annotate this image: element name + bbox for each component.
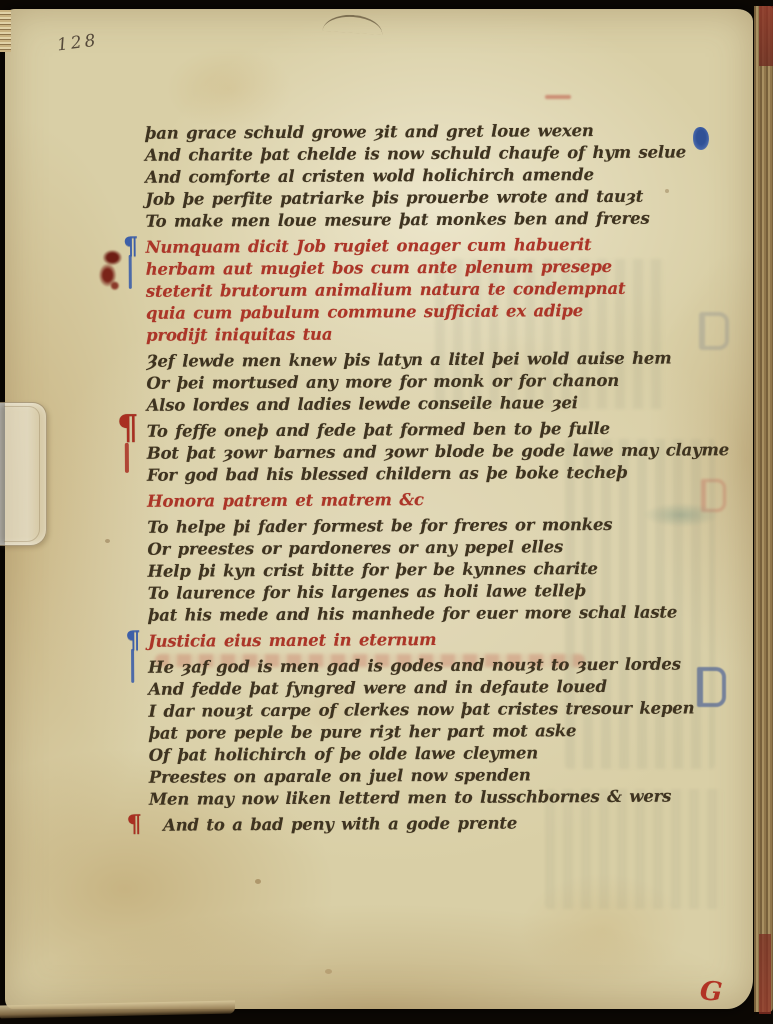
red-paraph-icon: ¶ <box>117 417 139 439</box>
text-section: ¶To feffe oneþ and fede þat formed ben t… <box>147 417 732 487</box>
verse-line: Also lordes and ladies lewde conseile ha… <box>146 391 731 417</box>
line-text: To helpe þi fader formest be for freres … <box>147 515 612 537</box>
red-paraph-icon: ¶ <box>123 813 145 835</box>
fore-edge-red-stain <box>759 934 771 1014</box>
page-edge-stack <box>0 10 11 52</box>
text-block: þan grace schuld growe ȝit and gret loue… <box>145 119 734 837</box>
line-text: herbam aut mugiet bos cum ante plenum pr… <box>146 257 612 279</box>
folio-number: 128 <box>56 31 100 56</box>
line-text: He ȝaf god is men gad is godes and nouȝt… <box>148 655 681 677</box>
parchment-fore-edge-tab <box>0 402 47 546</box>
text-section: ¶Numquam dicit Job rugiet onager cum hab… <box>146 233 732 347</box>
line-text: Numquam dicit Job rugiet onager cum habu… <box>146 235 592 257</box>
line-text: To make men loue mesure þat monkes ben a… <box>145 209 649 231</box>
rubric-line: Honora patrem et matrem &c <box>147 487 732 513</box>
line-text: prodijt iniquitas tua <box>146 325 332 345</box>
blue-paraph-icon: ¶ <box>120 235 142 257</box>
verse-line: For god bad his blessed childern as þe b… <box>147 461 732 487</box>
line-text: Job þe perfite patriarke þis prouerbe wr… <box>145 187 643 209</box>
verse-line: þat his mede and his manhede for euer mo… <box>148 601 733 627</box>
fore-edge-red-stain <box>759 6 773 66</box>
line-text: For god bad his blessed childern as þe b… <box>147 463 628 485</box>
text-section: ¶And to a bad peny with a gode prente <box>149 811 734 837</box>
line-text: To laurence for his largenes as holi law… <box>148 581 586 603</box>
text-section: To helpe þi fader formest be for freres … <box>147 513 733 627</box>
verse-line: Men may now liken letterd men to lusschb… <box>149 785 734 811</box>
rubric-line: ¶Justicia eius manet in eternum <box>148 627 733 653</box>
parchment-speck <box>255 879 261 884</box>
line-text: Also lordes and ladies lewde conseile ha… <box>146 393 577 415</box>
line-text: To feffe oneþ and fede þat formed ben to… <box>147 419 610 441</box>
line-text: Or þei mortused any more for monk or for… <box>146 371 619 393</box>
faint-red-mark <box>545 95 571 99</box>
text-section: þan grace schuld growe ȝit and gret loue… <box>145 119 731 233</box>
line-text: þan grace schuld growe ȝit and gret loue… <box>145 121 594 143</box>
text-section: He ȝaf god is men gad is godes and nouȝt… <box>148 653 734 811</box>
line-text: Help þi kyn crist bitte for þer be kynne… <box>148 559 598 581</box>
text-section: ¶Justicia eius manet in eternum <box>148 627 733 653</box>
verse-line: To make men loue mesure þat monkes ben a… <box>145 207 730 233</box>
line-text: Ȝef lewde men knew þis latyn a litel þei… <box>146 349 671 371</box>
line-text: And comforte al cristen wold holichirch … <box>145 165 594 187</box>
parchment-speck <box>325 969 332 974</box>
line-text: þat pore peple be pure riȝt her part mot… <box>148 721 576 743</box>
line-text: Or preestes or pardoneres or any pepel e… <box>147 537 563 559</box>
line-text: Men may now liken letterd men to lusschb… <box>149 787 671 809</box>
line-text: Bot þat ȝowr barnes and ȝowr blode be go… <box>147 440 729 463</box>
text-section: Ȝef lewde men knew þis latyn a litel þei… <box>146 347 731 417</box>
line-text: Honora patrem et matrem &c <box>147 490 424 511</box>
parchment-speck <box>105 539 110 543</box>
book-fore-edge <box>754 6 773 1012</box>
manuscript-page: 128 þan grace schuld growe ȝit and gret … <box>5 9 753 1009</box>
parchment-hairline-crack <box>322 13 383 35</box>
line-text: quia cum pabulum commune sufficiat ex ad… <box>146 301 583 323</box>
line-text: And fedde þat fyngred were and in defaut… <box>148 677 607 699</box>
line-text: steterit brutorum animalium natura te co… <box>146 279 626 301</box>
red-wax-stain <box>98 250 122 292</box>
line-text: Justicia eius manet in eternum <box>148 630 436 651</box>
rubric-line: prodijt iniquitas tua <box>146 321 731 347</box>
line-text: And charite þat chelde is now schuld cha… <box>145 142 686 164</box>
line-text: Of þat holichirch of þe olde lawe cleyme… <box>149 743 538 764</box>
quire-signature: G <box>699 976 723 1007</box>
verse-line: ¶And to a bad peny with a gode prente <box>149 811 734 837</box>
line-text: þat his mede and his manhede for euer mo… <box>148 603 677 625</box>
line-text: I dar nouȝt carpe of clerkes now þat cri… <box>148 698 694 720</box>
blue-paraph-icon: ¶ <box>122 629 144 651</box>
line-text: Preestes on aparale on juel now spenden <box>149 765 531 786</box>
text-section: Honora patrem et matrem &c <box>147 487 732 513</box>
line-text: And to a bad peny with a gode prente <box>163 814 517 835</box>
